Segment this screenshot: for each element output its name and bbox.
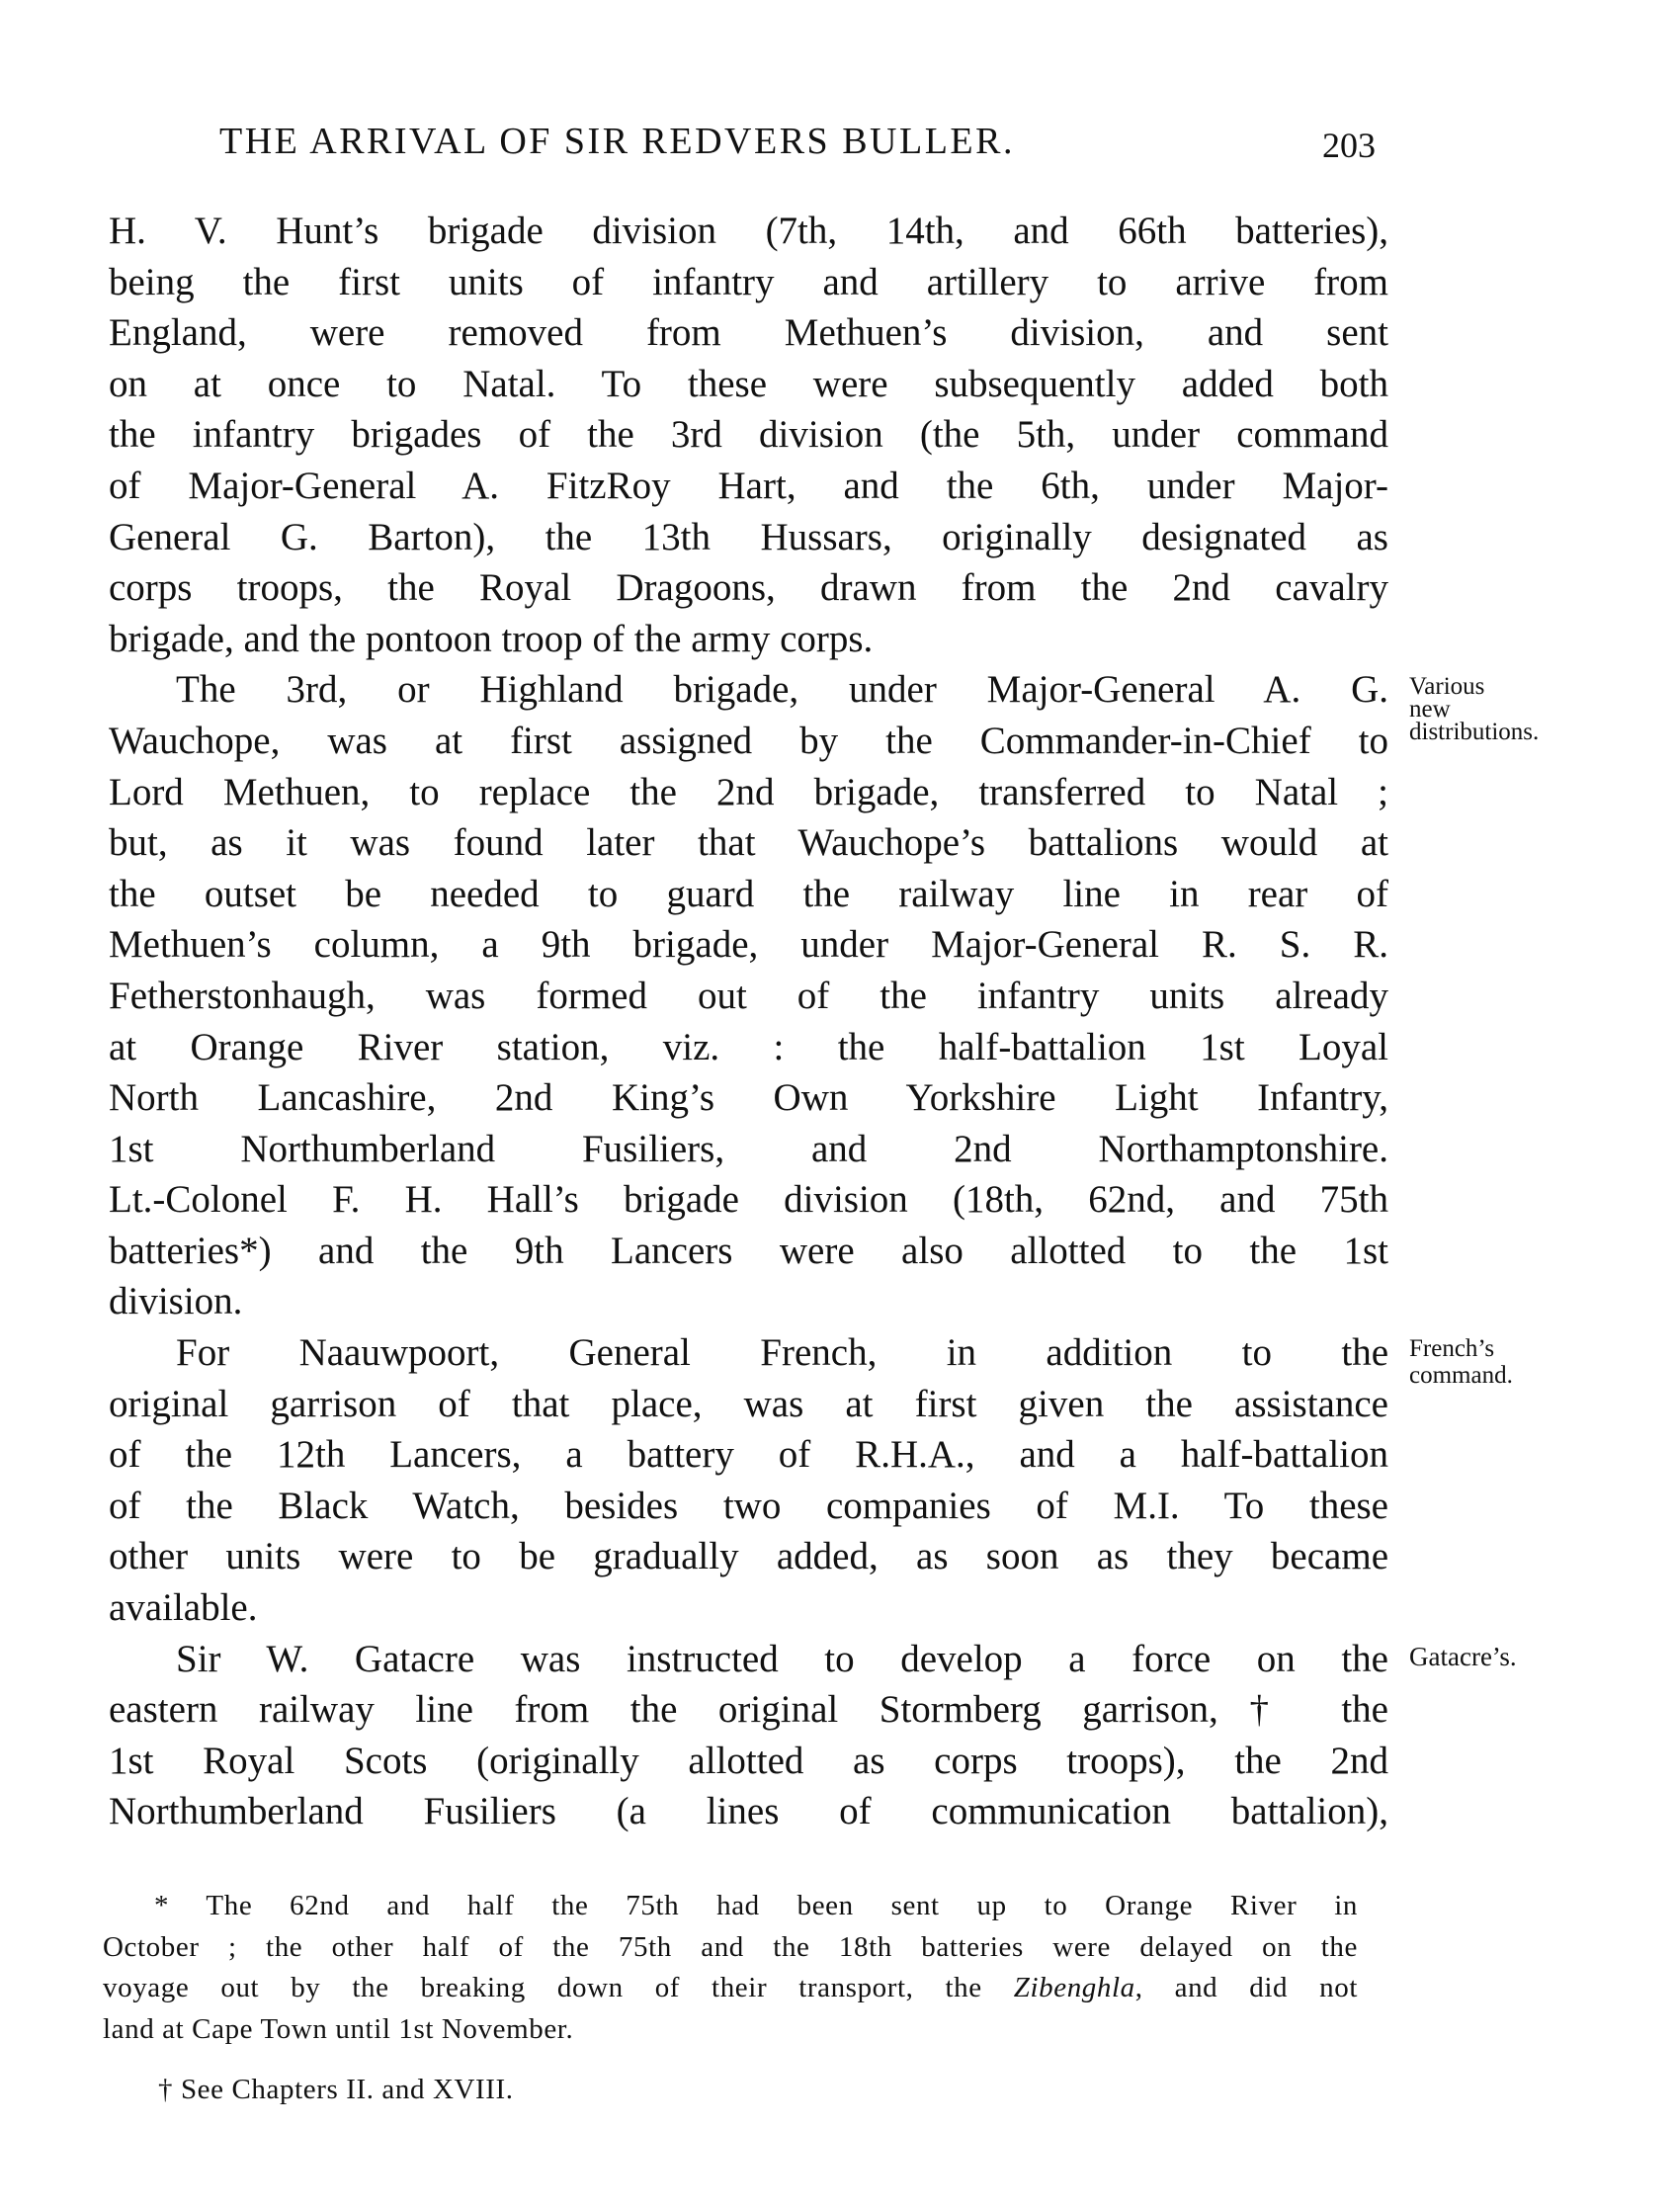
sidenote-line: distributions. [1409, 720, 1539, 744]
body-line: the infantry brigades of the 3rd divisio… [109, 409, 1388, 461]
paragraph-start: Sir W. Gatacre was instructed to develop… [109, 1634, 1388, 1685]
footnotes: * The 62nd and half the 75th had been se… [103, 1886, 1358, 2111]
body-line: at Orange River station, viz. : the half… [109, 1022, 1388, 1073]
body-line: available. [109, 1582, 1388, 1634]
body-line: of the Black Watch, besides two companie… [109, 1481, 1388, 1532]
body-line: division. [109, 1276, 1388, 1327]
body-line: Wauchope, was at first assigned by the C… [109, 716, 1388, 767]
footnote-star-line: voyage out by the breaking down of their… [103, 1968, 1358, 2009]
sidenote-line: Gatacre’s. [1409, 1645, 1517, 1669]
body-line: batteries*) and the 9th Lancers were als… [109, 1226, 1388, 1277]
body-line: General G. Barton), the 13th Hussars, or… [109, 512, 1388, 563]
body-line: Fetherstonhaugh, was formed out of the i… [109, 971, 1388, 1022]
footnote-gap [103, 2050, 1358, 2070]
body-line: eastern railway line from the original S… [109, 1684, 1388, 1736]
body-line: England, were removed from Methuen’s div… [109, 307, 1388, 359]
body-line: brigade, and the pontoon troop of the ar… [109, 614, 1388, 665]
body-line: North Lancashire, 2nd King’s Own Yorkshi… [109, 1072, 1388, 1124]
body-line: other units were to be gradually added, … [109, 1531, 1388, 1582]
sidenote-line: French’s [1409, 1336, 1513, 1361]
footnote-text: , and did not [1135, 1972, 1358, 2003]
ship-name: Zibenghla [1014, 1972, 1135, 2003]
body-line: original garrison of that place, was at … [109, 1379, 1388, 1430]
footnote-dagger: † See Chapters II. and XVIII. [103, 2070, 1358, 2111]
footnote-star-line: land at Cape Town until 1st November. [103, 2009, 1358, 2051]
body-line: Lord Methuen, to replace the 2nd brigade… [109, 767, 1388, 818]
body-line: 1st Royal Scots (originally allotted as … [109, 1736, 1388, 1787]
footnote-star-line: * The 62nd and half the 75th had been se… [103, 1886, 1358, 1927]
body-text: H. V. Hunt’s brigade division (7th, 14th… [109, 206, 1388, 1837]
footnote-text: voyage out by the breaking down of their… [103, 1972, 1014, 2003]
body-line: on at once to Natal. To these were subse… [109, 359, 1388, 410]
page-number: 203 [1322, 121, 1376, 170]
body-line: 1st Northumberland Fusiliers, and 2nd No… [109, 1124, 1388, 1175]
body-line: Northumberland Fusiliers (a lines of com… [109, 1786, 1388, 1837]
body-line: but, as it was found later that Wauchope… [109, 817, 1388, 869]
paragraph-start: For Naauwpoort, General French, in addit… [109, 1327, 1388, 1379]
sidenote-line: command. [1409, 1363, 1513, 1388]
sidenote-various-new-distributions: Various new distributions. [1409, 674, 1539, 744]
body-line: corps troops, the Royal Dragoons, drawn … [109, 562, 1388, 614]
body-line: Methuen’s column, a 9th brigade, under M… [109, 919, 1388, 971]
sidenote-frenchs-command: French’s command. [1409, 1336, 1513, 1388]
running-head: THE ARRIVAL OF SIR REDVERS BULLER. 203 [219, 117, 1385, 166]
body-line: of Major-General A. FitzRoy Hart, and th… [109, 461, 1388, 512]
body-line: Lt.-Colonel F. H. Hall’s brigade divisio… [109, 1174, 1388, 1226]
body-line: the outset be needed to guard the railwa… [109, 869, 1388, 920]
footnote-star-line: October ; the other half of the 75th and… [103, 1927, 1358, 1969]
body-line: being the first units of infantry and ar… [109, 257, 1388, 308]
body-line: H. V. Hunt’s brigade division (7th, 14th… [109, 206, 1388, 257]
paragraph-start: The 3rd, or Highland brigade, under Majo… [109, 664, 1388, 716]
sidenote-gatacres: Gatacre’s. [1409, 1645, 1517, 1669]
page-title: THE ARRIVAL OF SIR REDVERS BULLER. [219, 117, 1015, 166]
body-line: of the 12th Lancers, a battery of R.H.A.… [109, 1429, 1388, 1481]
